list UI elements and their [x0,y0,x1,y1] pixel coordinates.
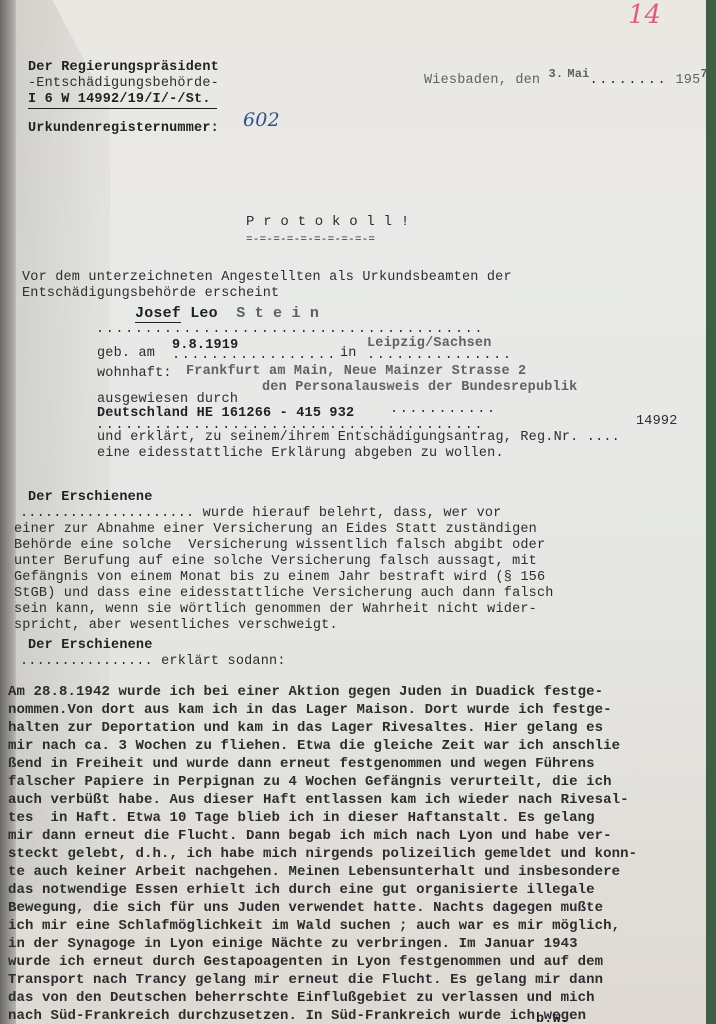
birth-label: geb. am [97,346,155,362]
statement-line: ßend in Freiheit und wurde dann erneut f… [8,754,595,774]
dotted-line: ................. [172,348,337,364]
residence-label: wohnhaft: [97,366,172,382]
birth-in-label: in [340,346,357,362]
dotted-line: ............... [367,348,513,364]
statement-line: Am 28.8.1942 wurde ich bei einer Aktion … [8,682,603,702]
dotted-line: ........... [390,402,497,418]
title-underline: =-=-=-=-=-=-=-=-=-= [246,232,375,248]
statement-line: halten zur Deportation und kam in das La… [8,718,603,738]
register-number-handwritten: 602 [243,112,280,128]
statement-line: mir nach ca. 3 Wochen zu fliehen. Etwa d… [8,736,620,756]
statement-line: auch verbüßt habe. Aus dieser Haft entla… [8,790,629,810]
caution-line: unter Berufung auf eine solche Versicher… [14,554,537,570]
letterhead-line-1: Der Regierungspräsident [28,60,219,76]
statement-line: nommen.Von dort aus kam ich in das Lager… [8,700,612,720]
register-label: Urkundenregisternummer: [28,121,219,137]
statement-line: wurde ich erneut durch Gestapoagenten in… [8,952,603,972]
intro-line-2: Entschädigungsbehörde erscheint [22,286,279,302]
date-dots: ........ [590,73,668,88]
reg-number: 14992 [636,414,678,430]
statement-line: falscher Papiere in Perpignan zu 4 Woche… [8,772,612,792]
first-name: Josef [135,305,181,323]
letterhead-file-reference: I 6 W 14992/19/I/-/St. [28,92,217,109]
statement-line: in der Synagoge in Lyon einige Nächte zu… [8,934,578,954]
caution-line: spricht, aber wesentliches verschweigt. [14,618,338,634]
declaration-line-2: eine eidesstattliche Erklärung abgeben z… [97,446,504,462]
intro-line-1: Vor dem unterzeichneten Angestellten als… [22,270,512,286]
statement-line: steckt gelebt, d.h., ich habe mich nirge… [8,844,637,864]
date-year-prefix: 195 [676,73,701,88]
residence-value: Frankfurt am Main, Neue Mainzer Strasse … [186,364,526,380]
caution-line: einer zur Abnahme einer Versicherung an … [14,522,537,538]
statement-line: Bewegung, die sich für uns Juden verwend… [8,898,603,918]
statement-line: nach Süd-Frankreich durchzusetzen. In Sü… [8,1006,586,1024]
place-date: Wiesbaden, den 3.Mai........ 1957 [424,72,708,89]
document-page: 14 Der Regierungspräsident -Entschädigun… [0,0,706,1024]
date-day: 3. [549,67,564,81]
statement-line: mir dann erneut die Flucht. Dann begab i… [8,826,612,846]
person-name: Josef Leo S t e i n [135,306,319,322]
date-year-suffix: 7 [700,67,707,81]
date-month: Mai [567,67,589,81]
last-name: S t e i n [236,305,319,322]
statement-line: tes in Haft. Etwa 10 Tage blieb ich in d… [8,808,595,828]
middle-name: Leo [190,305,218,322]
caution-line: Gefängnis von einem Monat bis zu einem J… [14,570,545,586]
statement-line: das notwendige Essen erhielt ich durch e… [8,880,595,900]
continuation-mark: b.w. [536,1012,569,1024]
caution-subject: Der Erschienene [28,490,153,506]
statement-line: te auch keiner Arbeit nachgehen. Meinen … [8,862,620,882]
letterhead-line-2: -Entschädigungsbehörde- [28,76,219,92]
statement-line: Transport nach Trancy gelang mir erneut … [8,970,603,990]
statement-line: ich mir eine Schlafmöglichkeit im Wald s… [8,916,620,936]
document-title: P r o t o k o l l ! [246,214,409,230]
id-value-line-1: den Personalausweis der Bundesrepublik [262,380,577,396]
caution-line: sein kann, wenn sie wörtlich genommen de… [14,602,537,618]
statement-line: das von den Deutschen beherrschte Einflu… [8,988,595,1008]
declaration-line-1: und erklärt, zu seinem/ihrem Entschädigu… [97,430,620,446]
caution-line: StGB) und dass eine eidesstattliche Vers… [14,586,554,602]
caution-line: ..................... wurde hierauf bele… [20,506,501,522]
handwritten-page-number: 14 [628,0,661,30]
statement-lead: ................ erklärt sodann: [20,654,286,670]
statement-subject: Der Erschienene [28,638,153,654]
place-date-prefix: Wiesbaden, den [424,73,540,88]
caution-line: Behörde eine solche Versicherung wissent… [14,538,545,554]
